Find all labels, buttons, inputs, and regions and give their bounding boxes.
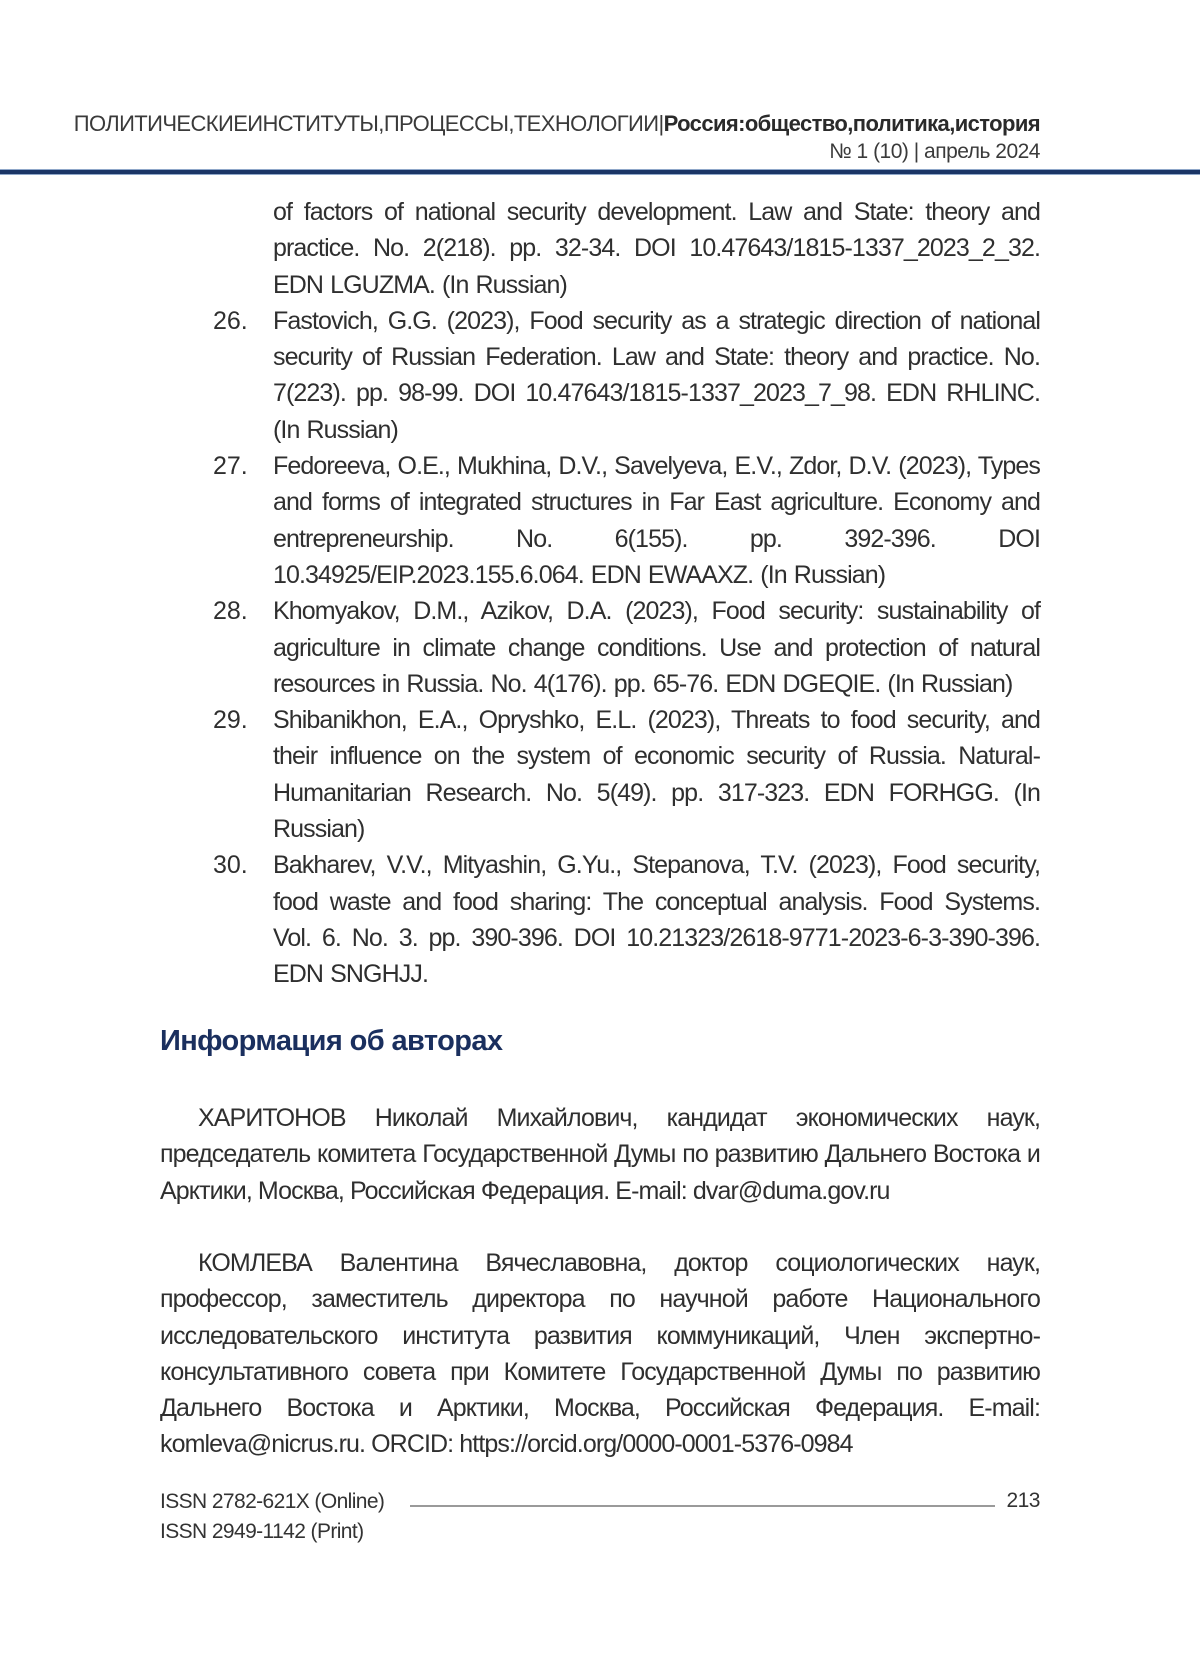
reference-item: 29. Shibanikhon, E.A., Opryshko, E.L. (2… [213, 702, 1040, 847]
reference-text: Bakharev, V.V., Mityashin, G.Yu., Stepan… [273, 847, 1040, 992]
running-head-issue: № 1 (10) | апрель 2024 [0, 138, 1040, 166]
reference-item: 30. Bakharev, V.V., Mityashin, G.Yu., St… [213, 847, 1040, 992]
author-info: ХАРИТОНОВ Николай Михайлович, кандидат э… [160, 1100, 1040, 1209]
reference-text: Fastovich, G.G. (2023), Food security as… [273, 303, 1040, 448]
reference-text: Fedoreeva, O.E., Mukhina, D.V., Savelyev… [273, 448, 1040, 593]
page-number: 213 [1006, 1489, 1040, 1513]
running-head-journal: Россия:общество,политика,история [664, 111, 1040, 136]
reference-list: of factors of national security developm… [213, 194, 1040, 993]
page-footer: ISSN 2782-621X (Online) ISSN 2949-1142 (… [160, 1487, 1040, 1547]
header-rule [0, 170, 1200, 174]
reference-item: 26. Fastovich, G.G. (2023), Food securit… [213, 303, 1040, 448]
reference-number: 30. [213, 847, 248, 883]
author-info: КОМЛЕВА Валентина Вячеславовна, доктор с… [160, 1245, 1040, 1463]
reference-text: Khomyakov, D.M., Azikov, D.A. (2023), Fo… [273, 593, 1040, 702]
running-head-title: ПОЛИТИЧЕСКИЕИНСТИТУТЫ,ПРОЦЕССЫ,ТЕХНОЛОГИ… [0, 110, 1040, 138]
running-head-section: ПОЛИТИЧЕСКИЕИНСТИТУТЫ,ПРОЦЕССЫ,ТЕХНОЛОГИ… [74, 111, 659, 136]
issn-online: ISSN 2782-621X (Online) [160, 1487, 1040, 1517]
running-head: ПОЛИТИЧЕСКИЕИНСТИТУТЫ,ПРОЦЕССЫ,ТЕХНОЛОГИ… [0, 110, 1040, 166]
footer-rule [410, 1505, 995, 1507]
reference-number: 28. [213, 593, 248, 629]
reference-number: 27. [213, 448, 248, 484]
reference-continuation: of factors of national security developm… [213, 194, 1040, 303]
reference-item: 28. Khomyakov, D.M., Azikov, D.A. (2023)… [213, 593, 1040, 702]
reference-number: 26. [213, 303, 248, 339]
reference-number: 29. [213, 702, 248, 738]
reference-item: 27. Fedoreeva, O.E., Mukhina, D.V., Save… [213, 448, 1040, 593]
section-title-authors: Информация об авторах [160, 1025, 502, 1058]
issn-print: ISSN 2949-1142 (Print) [160, 1517, 1040, 1547]
reference-text: of factors of national security developm… [273, 194, 1040, 303]
reference-text: Shibanikhon, E.A., Opryshko, E.L. (2023)… [273, 702, 1040, 847]
